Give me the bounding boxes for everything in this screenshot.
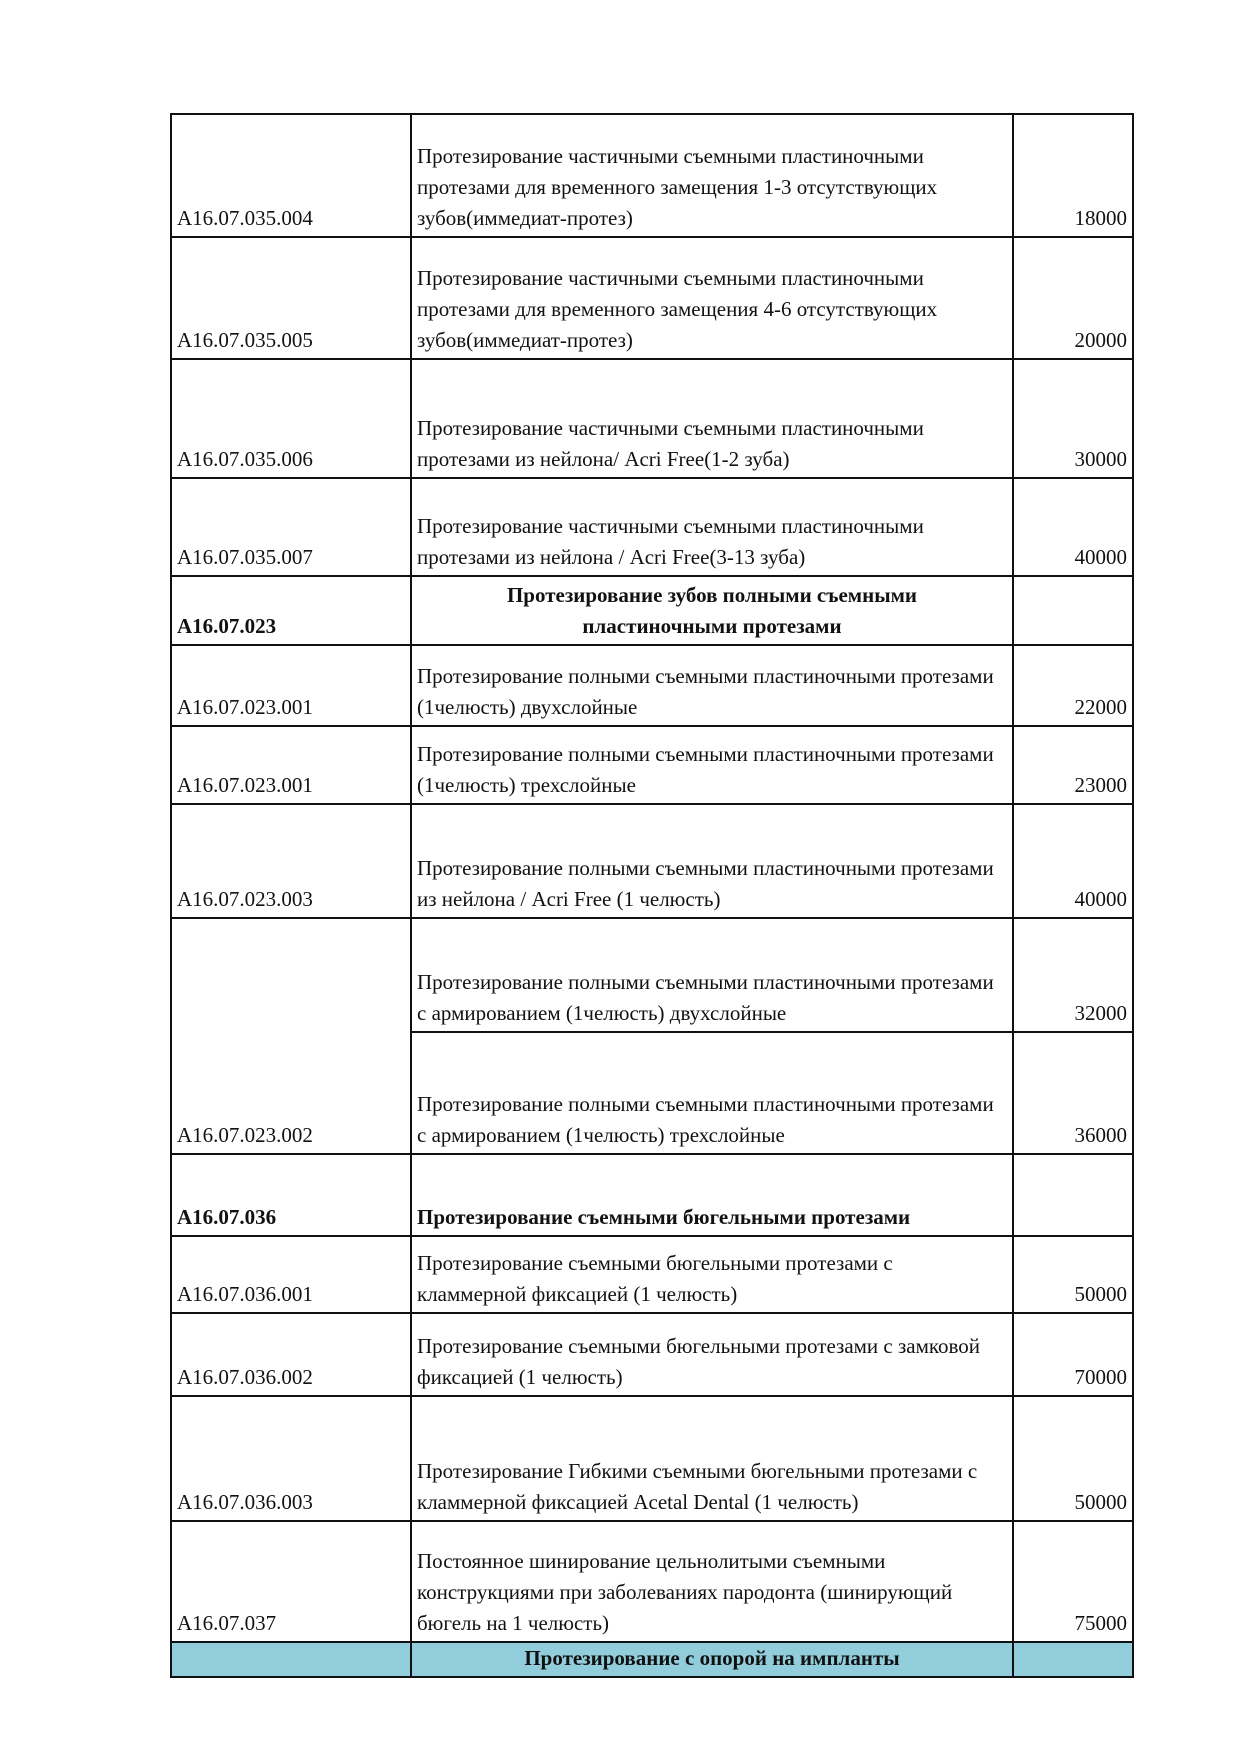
service-description: Постоянное шинирование цельнолитыми съем… bbox=[411, 1521, 1013, 1642]
service-code: A16.07.036.001 bbox=[171, 1236, 411, 1313]
table-row: A16.07.023.003 Протезирование полными съ… bbox=[171, 804, 1133, 918]
service-description: Протезирование съемными бюгельными проте… bbox=[411, 1313, 1013, 1396]
service-code: A16.07.023.002 bbox=[171, 918, 411, 1154]
category-code bbox=[171, 1642, 411, 1677]
service-code: A16.07.035.005 bbox=[171, 237, 411, 359]
section-row: A16.07.023 Протезирование зубов полными … bbox=[171, 576, 1133, 645]
service-price: 75000 bbox=[1013, 1521, 1133, 1642]
table-row: A16.07.036.002 Протезирование съемными б… bbox=[171, 1313, 1133, 1396]
table-row: A16.07.037 Постоянное шинирование цельно… bbox=[171, 1521, 1133, 1642]
service-code: A16.07.035.004 bbox=[171, 114, 411, 237]
category-price bbox=[1013, 1642, 1133, 1677]
service-description: Протезирование полными съемными пластино… bbox=[411, 726, 1013, 804]
service-price: 50000 bbox=[1013, 1396, 1133, 1521]
service-price: 36000 bbox=[1013, 1032, 1133, 1154]
service-description: Протезирование частичными съемными пласт… bbox=[411, 359, 1013, 478]
category-header-row: Протезирование с опорой на импланты bbox=[171, 1642, 1133, 1677]
price-table-body: A16.07.035.004 Протезирование частичными… bbox=[171, 114, 1133, 1677]
section-title: Протезирование съемными бюгельными проте… bbox=[411, 1154, 1013, 1236]
table-row: A16.07.035.005 Протезирование частичными… bbox=[171, 237, 1133, 359]
service-code: A16.07.023.001 bbox=[171, 645, 411, 726]
service-code: A16.07.035.007 bbox=[171, 478, 411, 576]
section-price bbox=[1013, 576, 1133, 645]
table-row: A16.07.035.007 Протезирование частичными… bbox=[171, 478, 1133, 576]
service-price: 40000 bbox=[1013, 804, 1133, 918]
section-code: A16.07.023 bbox=[171, 576, 411, 645]
service-price: 22000 bbox=[1013, 645, 1133, 726]
service-code: A16.07.036.002 bbox=[171, 1313, 411, 1396]
service-price: 50000 bbox=[1013, 1236, 1133, 1313]
service-price: 32000 bbox=[1013, 918, 1133, 1032]
section-title: Протезирование зубов полными съемными пл… bbox=[411, 576, 1013, 645]
section-row: A16.07.036 Протезирование съемными бюгел… bbox=[171, 1154, 1133, 1236]
table-row: A16.07.036.001 Протезирование съемными б… bbox=[171, 1236, 1133, 1313]
table-row: A16.07.023.002 Протезирование полными съ… bbox=[171, 918, 1133, 1032]
service-code: A16.07.036.003 bbox=[171, 1396, 411, 1521]
section-price bbox=[1013, 1154, 1133, 1236]
price-table: A16.07.035.004 Протезирование частичными… bbox=[170, 113, 1134, 1678]
table-row: A16.07.036.003 Протезирование Гибкими съ… bbox=[171, 1396, 1133, 1521]
section-code: A16.07.036 bbox=[171, 1154, 411, 1236]
service-code: A16.07.037 bbox=[171, 1521, 411, 1642]
service-price: 20000 bbox=[1013, 237, 1133, 359]
service-price: 30000 bbox=[1013, 359, 1133, 478]
service-code: A16.07.023.003 bbox=[171, 804, 411, 918]
service-description: Протезирование частичными съемными пласт… bbox=[411, 478, 1013, 576]
service-description: Протезирование Гибкими съемными бюгельны… bbox=[411, 1396, 1013, 1521]
service-price: 18000 bbox=[1013, 114, 1133, 237]
service-description: Протезирование полными съемными пластино… bbox=[411, 918, 1013, 1032]
category-title: Протезирование с опорой на импланты bbox=[411, 1642, 1013, 1677]
service-description: Протезирование полными съемными пластино… bbox=[411, 645, 1013, 726]
service-description: Протезирование полными съемными пластино… bbox=[411, 1032, 1013, 1154]
table-row: A16.07.035.006 Протезирование частичными… bbox=[171, 359, 1133, 478]
table-row: A16.07.023.001 Протезирование полными съ… bbox=[171, 726, 1133, 804]
service-code: A16.07.035.006 bbox=[171, 359, 411, 478]
service-description: Протезирование съемными бюгельными проте… bbox=[411, 1236, 1013, 1313]
table-row: A16.07.023.001 Протезирование полными съ… bbox=[171, 645, 1133, 726]
service-price: 40000 bbox=[1013, 478, 1133, 576]
service-description: Протезирование частичными съемными пласт… bbox=[411, 237, 1013, 359]
service-code: A16.07.023.001 bbox=[171, 726, 411, 804]
table-row: A16.07.035.004 Протезирование частичными… bbox=[171, 114, 1133, 237]
service-price: 23000 bbox=[1013, 726, 1133, 804]
service-price: 70000 bbox=[1013, 1313, 1133, 1396]
service-description: Протезирование полными съемными пластино… bbox=[411, 804, 1013, 918]
service-description: Протезирование частичными съемными пласт… bbox=[411, 114, 1013, 237]
